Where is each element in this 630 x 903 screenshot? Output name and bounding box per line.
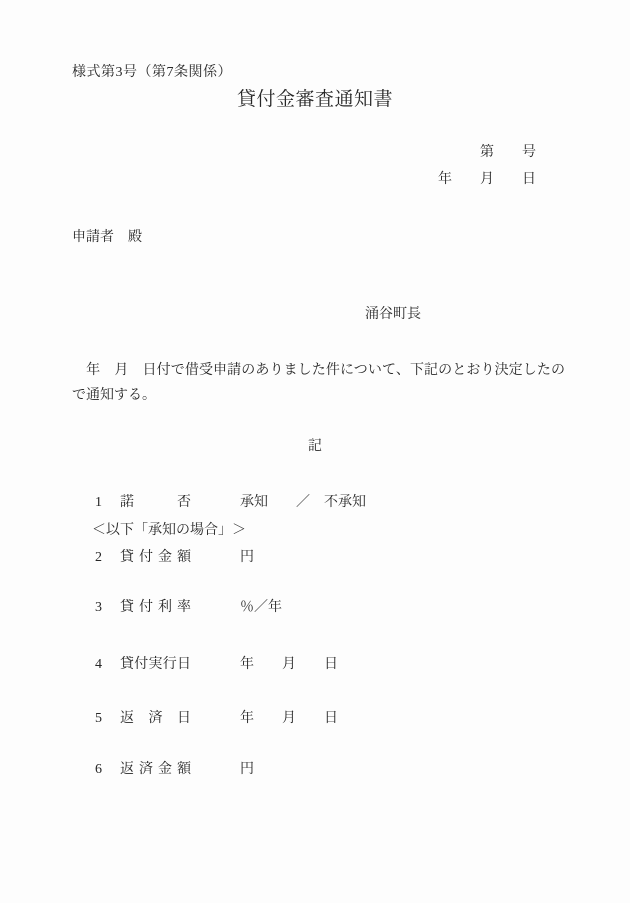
item-value: 円 — [240, 548, 254, 568]
item-row-3: 3 貸付利率 ％／年 — [0, 598, 630, 618]
item-number: 4 — [95, 655, 102, 675]
acceptance-case-caption: ＜以下「承知の場合」＞ — [92, 521, 246, 541]
item-number: 5 — [95, 709, 102, 729]
date-line: 年 月 日 — [438, 170, 536, 190]
body-paragraph: 年 月 日付で借受申請のありました件について、下記のとおり決定したので通知する。 — [72, 358, 565, 408]
item-value: 承知 ／ 不承知 — [240, 493, 366, 513]
item-label: 諾 否 — [120, 493, 191, 513]
item-row-2: 2 貸付金額 円 — [0, 548, 630, 568]
item-label: 貸付実行日 — [120, 655, 191, 675]
item-number: 2 — [95, 548, 102, 568]
item-row-5: 5 返済日 年 月 日 — [0, 709, 630, 729]
section-marker: 記 — [0, 437, 630, 457]
item-number: 3 — [95, 598, 102, 618]
item-row-1: 1 諾 否 承知 ／ 不承知 — [0, 493, 630, 513]
item-label: 貸付金額 — [120, 548, 191, 568]
item-label: 貸付利率 — [120, 598, 191, 618]
item-number: 6 — [95, 760, 102, 780]
addressee: 申請者 殿 — [72, 228, 142, 248]
document-title: 貸付金審査通知書 — [0, 87, 630, 113]
item-value: ％／年 — [240, 598, 282, 618]
item-row-4: 4 貸付実行日 年 月 日 — [0, 655, 630, 675]
item-row-6: 6 返済金額 円 — [0, 760, 630, 780]
item-label: 返済金額 — [120, 760, 191, 780]
item-value: 円 — [240, 760, 254, 780]
sender-title: 涌谷町長 — [365, 305, 421, 325]
doc-number-line: 第 号 — [480, 143, 536, 163]
item-label: 返済日 — [120, 709, 191, 729]
form-number: 様式第3号（第7条関係） — [72, 63, 232, 83]
item-value: 年 月 日 — [240, 709, 338, 729]
item-value: 年 月 日 — [240, 655, 338, 675]
document-page: 様式第3号（第7条関係） 貸付金審査通知書 第 号 年 月 日 申請者 殿 涌谷… — [0, 0, 630, 903]
item-number: 1 — [95, 493, 102, 513]
